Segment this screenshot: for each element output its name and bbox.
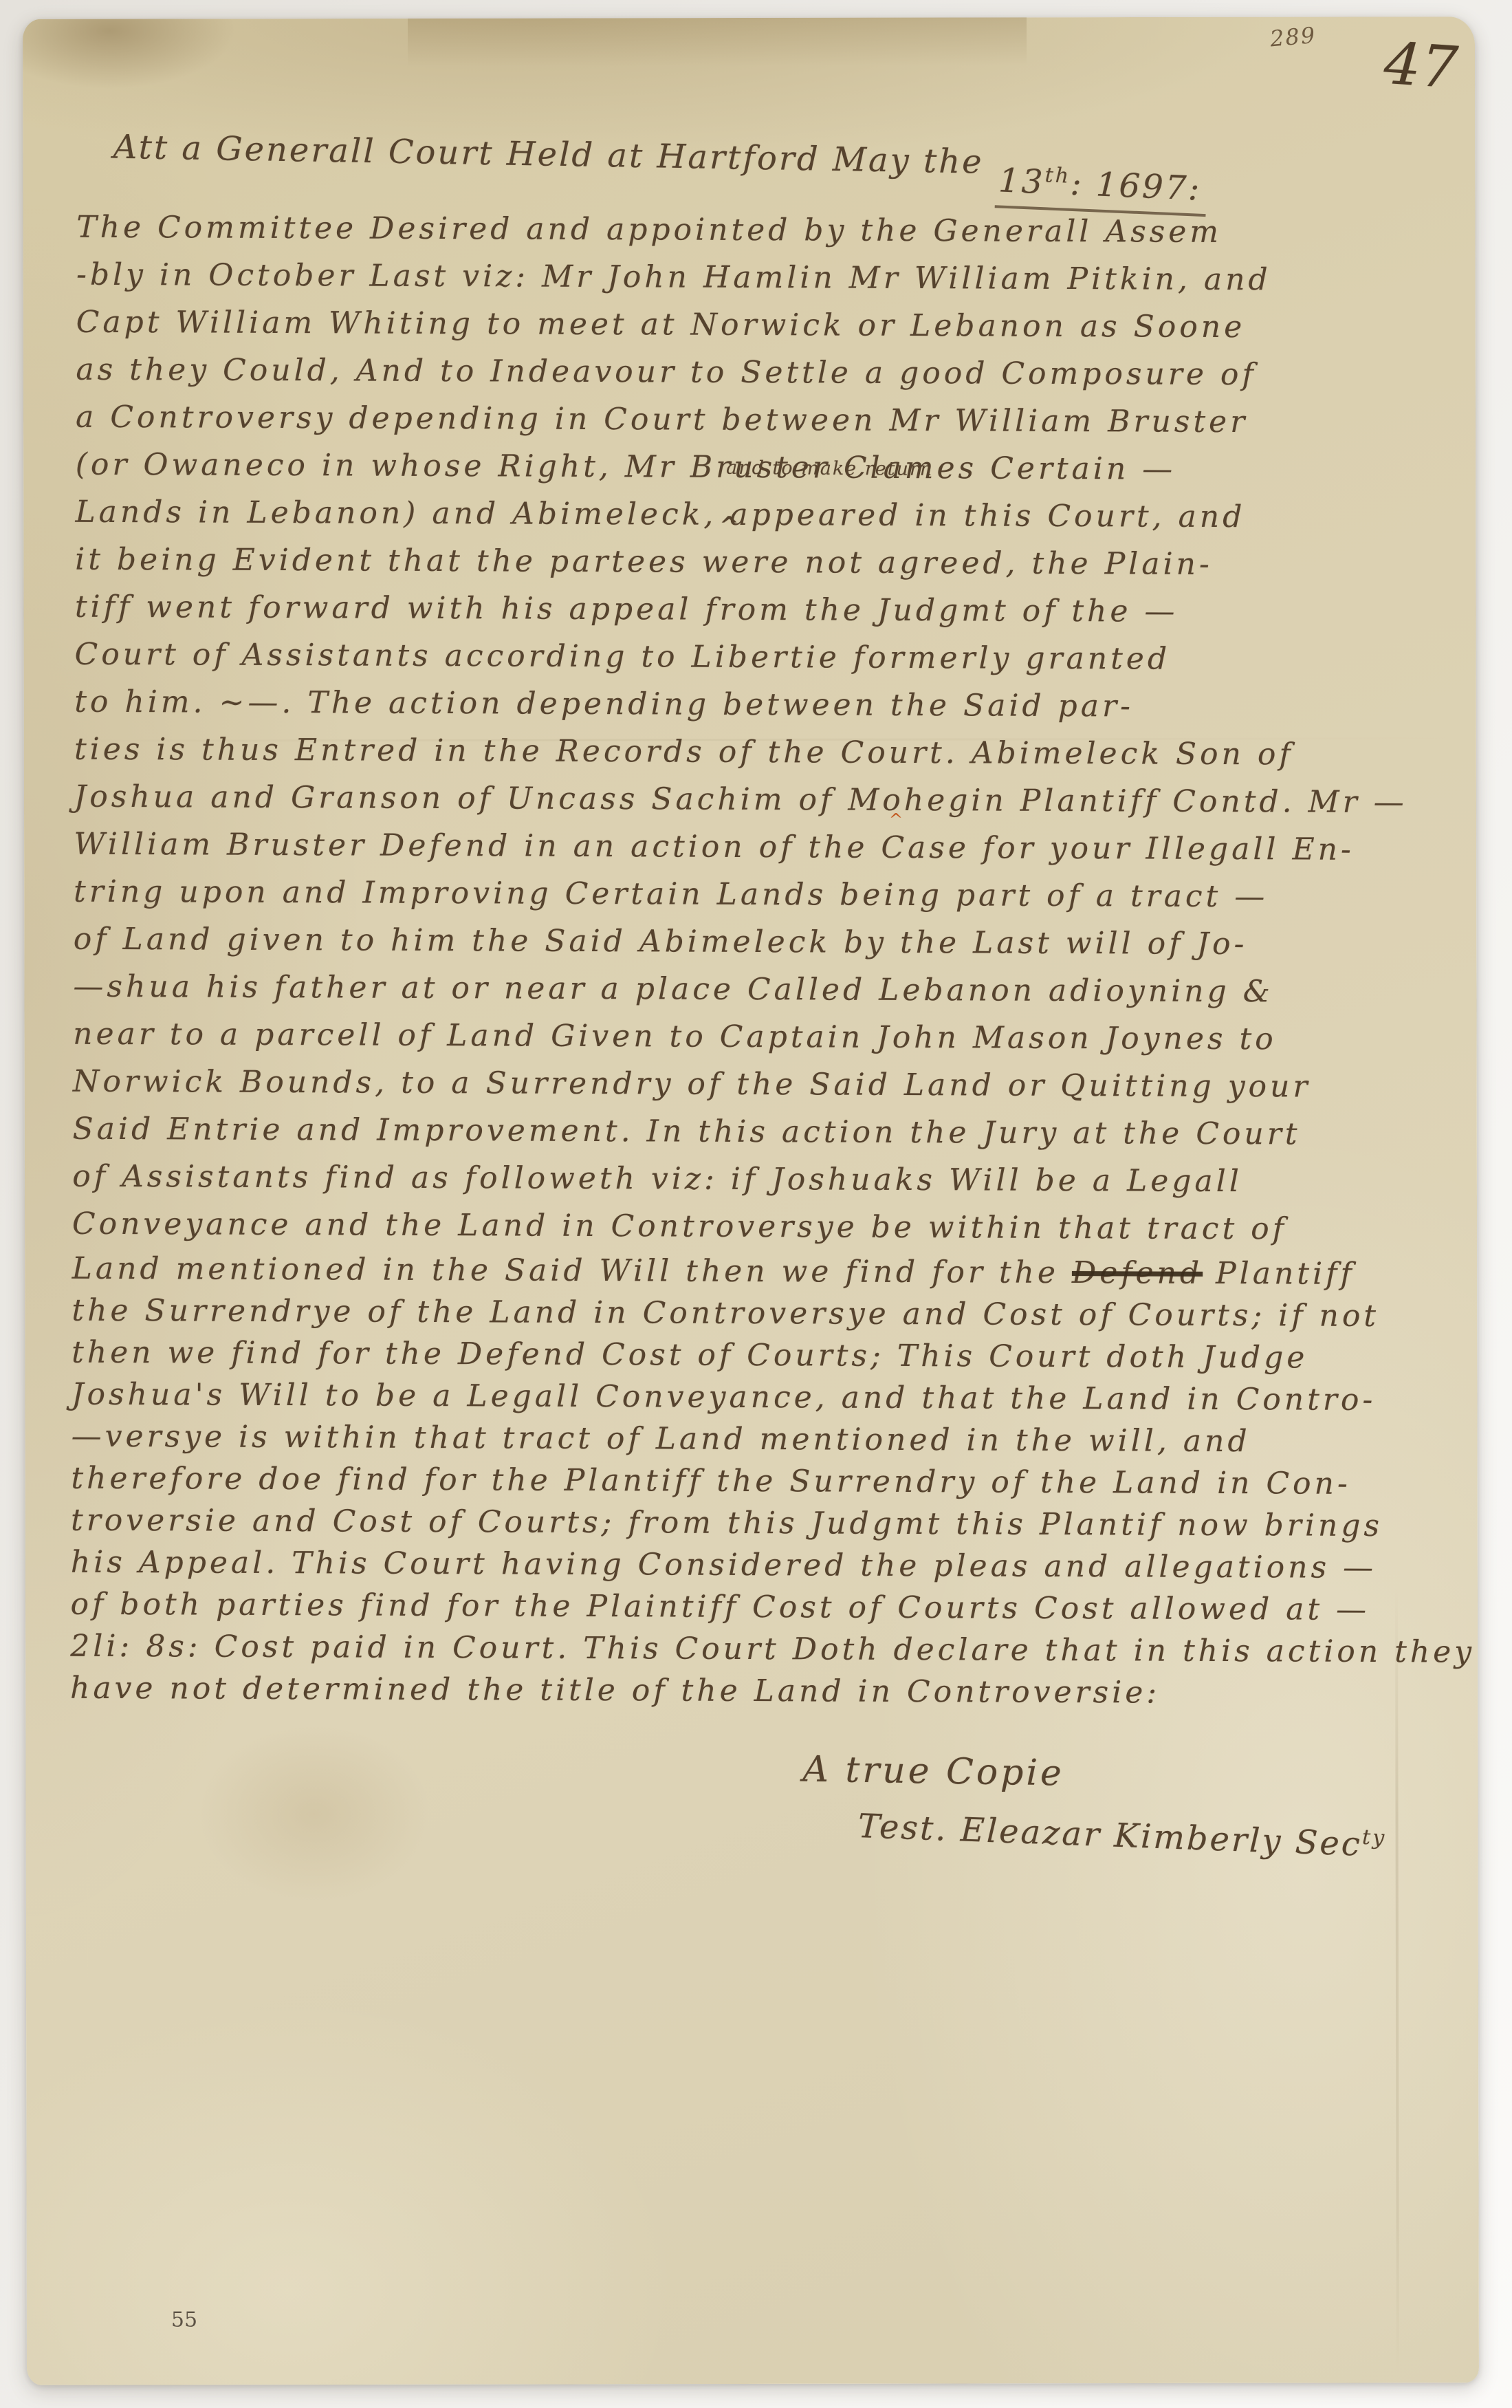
manuscript-line: William Bruster Defend in an action of t… [74, 821, 1457, 874]
manuscript-line-with-strikethrough: Land mentioned in the Said Will then we … [72, 1248, 1456, 1296]
manuscript-line: then we find for the Defend Cost of Cour… [72, 1332, 1455, 1380]
clerk-signature: Test. Eleazar Kimberly Secty [857, 1807, 1387, 1865]
manuscript-line: The Committee Desired and appointed by t… [76, 204, 1460, 257]
manuscript-line: troversie and Cost of Courts; from this … [71, 1499, 1454, 1548]
manuscript-paper: 289 47 Att a Generall Court Held at Hart… [23, 17, 1479, 2385]
manuscript-line: a Controversy depending in Court between… [76, 393, 1459, 447]
heading-day: 13 [998, 161, 1045, 202]
manuscript-line: of Land given to him the Said Abimeleck … [74, 915, 1457, 969]
struck-out-word: Defend [1072, 1255, 1203, 1291]
manuscript-line: Conveyance and the Land in Controversye … [72, 1200, 1456, 1254]
manuscript-line: Court of Assistants according to Liberti… [74, 631, 1458, 684]
manuscript-line: therefore doe find for the Plantiff the … [71, 1457, 1454, 1506]
scan-background: { "page": { "folio_number_small": "289",… [0, 0, 1512, 2408]
manuscript-line: tiff went forward with his appeal from t… [75, 583, 1458, 637]
document-heading: Att a Generall Court Held at Hartford Ma… [113, 128, 1207, 194]
signature-superscript: ty [1361, 1825, 1386, 1850]
body-block-2: the Surrendrye of the Land in Controvers… [70, 1290, 1456, 1715]
heading-year: : 1697: [1070, 164, 1203, 208]
manuscript-line: (or Owaneco in whose Right, Mr Bruster C… [76, 441, 1459, 495]
manuscript-line: of Assistants find as followeth viz: if … [72, 1153, 1456, 1206]
folio-number: 289 [1269, 22, 1317, 52]
manuscript-line: it being Evident that the partees were n… [75, 536, 1458, 589]
strike-line-pre: Land mentioned in the Said Will then we … [72, 1251, 1072, 1290]
signature-text: Test. Eleazar Kimberly Sec [857, 1807, 1363, 1864]
page-number: 47 [1382, 30, 1460, 102]
manuscript-line: to him. ~—. The action depending between… [74, 678, 1458, 732]
paper-stain [408, 17, 1027, 67]
manuscript-line: Norwick Bounds, to a Surrendry of the Sa… [73, 1058, 1456, 1111]
manuscript-line: Said Entrie and Improvement. In this act… [72, 1105, 1456, 1159]
manuscript-body: The Committee Desired and appointed by t… [70, 204, 1460, 1715]
manuscript-line: tring upon and Improving Certain Lands b… [74, 868, 1457, 922]
heading-text: Att a Generall Court Held at Hartford Ma… [113, 128, 996, 182]
manuscript-line: 2li: 8s: Cost paid in Court. This Court … [70, 1625, 1454, 1673]
body-block-1: The Committee Desired and appointed by t… [72, 204, 1460, 1254]
manuscript-line: -bly in October Last viz: Mr John Hamlin… [76, 251, 1460, 305]
manuscript-line: have not determined the title of the Lan… [70, 1667, 1454, 1715]
attestation-line: A true Copie [802, 1749, 1064, 1794]
manuscript-line: Joshua and Granson of Uncass Sachim of M… [74, 773, 1458, 827]
strike-line-post: Plantiff [1203, 1256, 1355, 1292]
manuscript-line: Joshua's Will to be a Legall Conveyance,… [72, 1374, 1455, 1422]
manuscript-line: his Appeal. This Court having Considered… [71, 1541, 1454, 1590]
manuscript-line: the Surrendrye of the Land in Controvers… [72, 1290, 1455, 1338]
heading-day-suffix: th [1044, 163, 1071, 188]
manuscript-line: of both parties find for the Plaintiff C… [70, 1583, 1454, 1631]
manuscript-line: Capt William Whiting to meet at Norwick … [76, 299, 1460, 352]
manuscript-line: near to a parcell of Land Given to Capta… [73, 1010, 1456, 1064]
manuscript-line: —versye is within that tract of Land men… [72, 1415, 1455, 1464]
manuscript-line: Lands in Lebanon) and Abimeleck, appeare… [75, 488, 1458, 542]
bottom-folio-number: 55 [171, 2308, 197, 2332]
manuscript-line: as they Could, And to Indeavour to Settl… [76, 346, 1459, 400]
paper-stain [197, 1724, 431, 1904]
manuscript-line: —shua his father at or near a place Call… [73, 963, 1456, 1017]
manuscript-line: ties is thus Entred in the Records of th… [74, 726, 1458, 779]
